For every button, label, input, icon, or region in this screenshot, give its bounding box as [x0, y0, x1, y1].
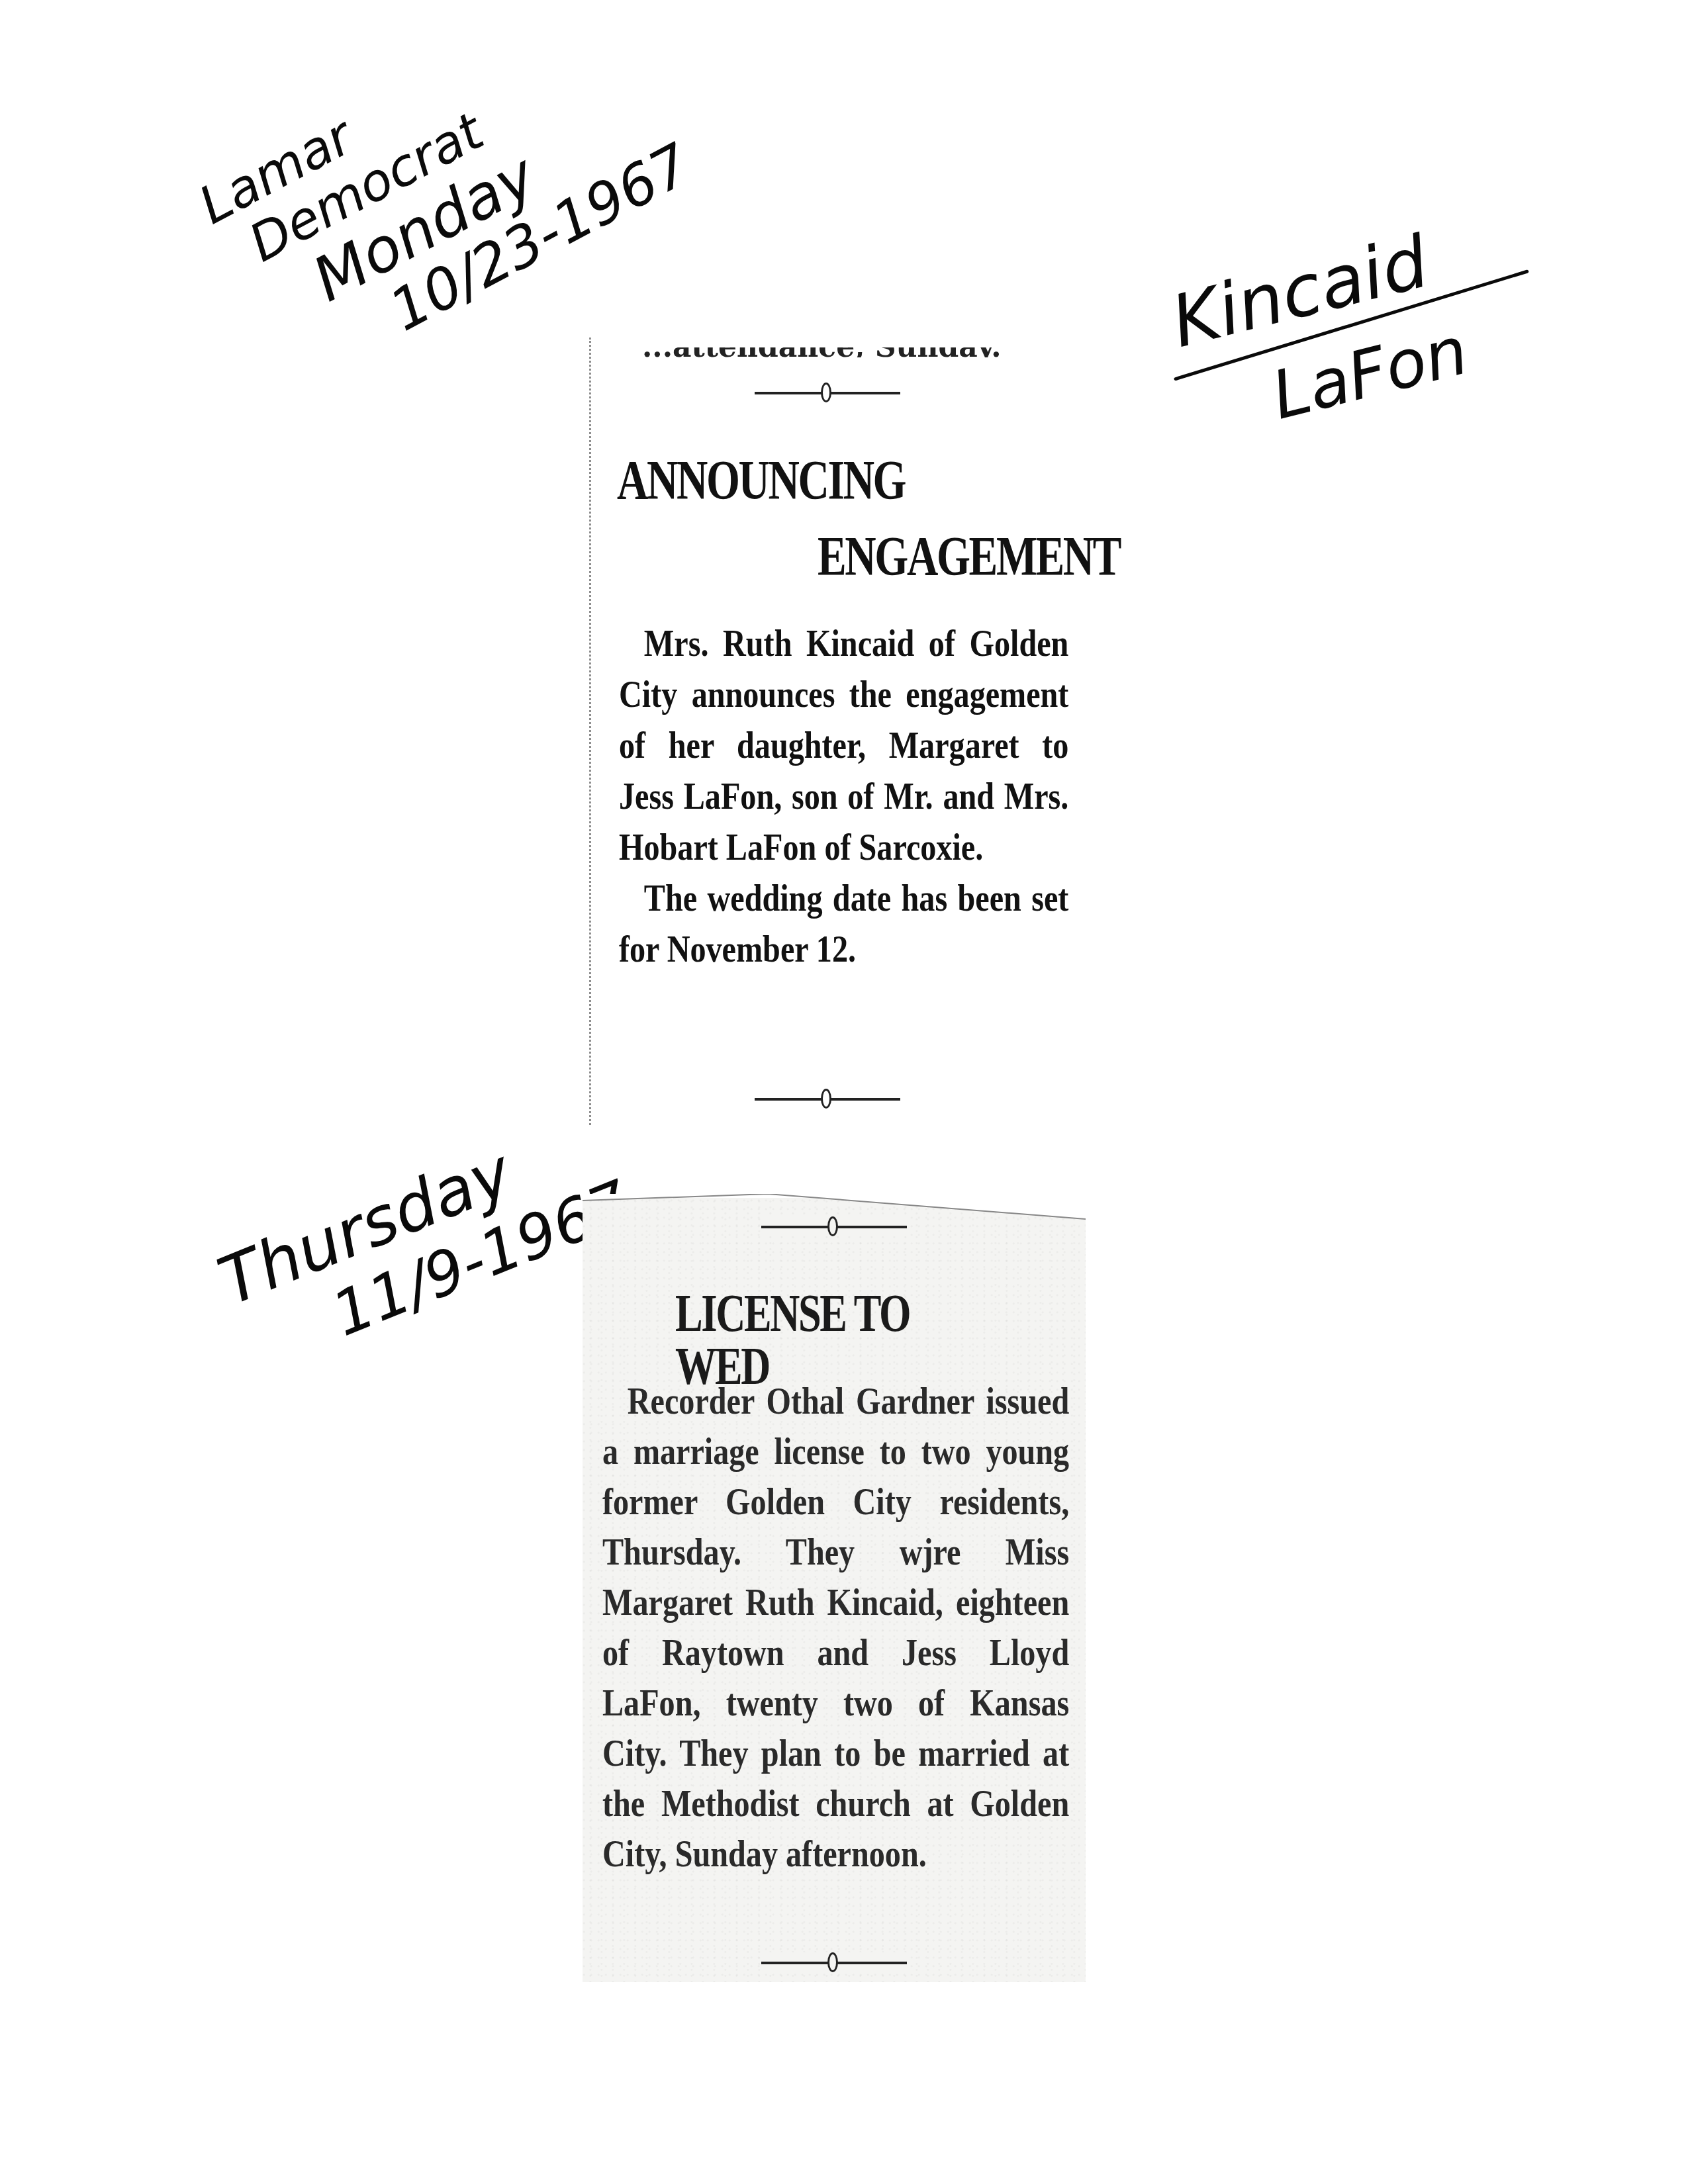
- ornament-divider-icon: [761, 1952, 907, 1972]
- article-paragraph: The wedding date has been set for Novemb…: [619, 874, 1068, 976]
- headline-line-1: ANNOUNCING: [617, 453, 905, 509]
- license-clipping: LICENSE TO WED Recorder Othal Gardner is…: [583, 1198, 1086, 1982]
- article-body: Mrs. Ruth Kincaid of Golden City announc…: [619, 619, 1068, 976]
- engagement-clipping: ...attendance, Sunday. ANNOUNCING ENGAGE…: [583, 338, 1072, 1125]
- ornament-divider-icon: [755, 1089, 900, 1109]
- handwritten-names-note: Kincaid LaFon: [1165, 222, 1474, 449]
- ornament-divider-icon: [755, 383, 900, 402]
- headline-line-2: ENGAGEMENT: [818, 529, 1120, 585]
- article-body: Recorder Othal Gardner issued a marriage…: [602, 1377, 1069, 1880]
- article-paragraph: Recorder Othal Gardner issued a marriage…: [602, 1377, 1069, 1880]
- clipping-cut-edge: [589, 338, 592, 1125]
- ornament-divider-icon: [761, 1216, 907, 1236]
- handwritten-date-note: Thursday 11/9-1967: [211, 1102, 638, 1381]
- partial-previous-text: ...attendance, Sunday.: [642, 338, 1002, 357]
- article-paragraph: Mrs. Ruth Kincaid of Golden City announc…: [619, 619, 1068, 874]
